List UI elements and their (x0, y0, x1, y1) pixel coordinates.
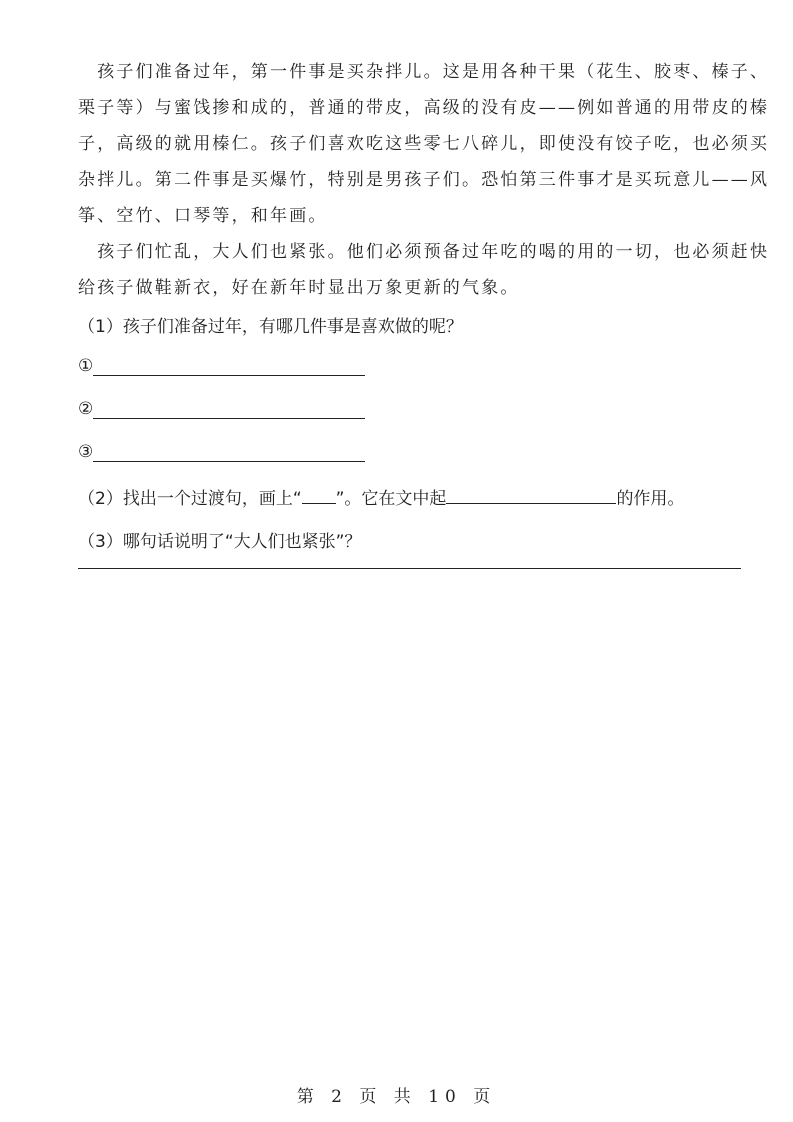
circled-number-1: ① (78, 356, 93, 376)
circled-number-3: ③ (78, 442, 93, 462)
passage-line: 子，高级的就用榛仁。孩子们喜欢吃这些零七八碎儿，即使没有饺子吃，也必须买 (78, 126, 746, 162)
transition-sentence-mark-blank[interactable] (302, 489, 336, 504)
question-2-middle: ”。它在文中起 (336, 489, 447, 509)
question-2-prefix: （2）找出一个过渡句，画上“ (78, 489, 302, 509)
reading-passage: 孩子们准备过年，第一件事是买杂拌儿。这是用各种干果（花生、胶枣、榛子、 栗子等）… (78, 54, 746, 306)
passage-paragraph-2: 孩子们忙乱，大人们也紧张。他们必须预备过年吃的喝的用的一切，也必须赶快 给孩子做… (78, 234, 746, 306)
document-page: 孩子们准备过年，第一件事是买杂拌儿。这是用各种干果（花生、胶枣、榛子、 栗子等）… (0, 0, 793, 1122)
passage-paragraph-1: 孩子们准备过年，第一件事是买杂拌儿。这是用各种干果（花生、胶枣、榛子、 栗子等）… (78, 54, 746, 234)
answer-blank-2[interactable] (93, 402, 365, 419)
passage-line: 筝、空竹、口琴等，和年画。 (78, 198, 746, 234)
answer-row-2: ② (78, 399, 365, 419)
question-2-suffix: 的作用。 (616, 489, 684, 509)
answer-blank-question-3[interactable] (78, 568, 741, 569)
passage-line: 孩子们准备过年，第一件事是买杂拌儿。这是用各种干果（花生、胶枣、榛子、 (78, 54, 746, 90)
passage-line: 孩子们忙乱，大人们也紧张。他们必须预备过年吃的喝的用的一切，也必须赶快 (78, 234, 746, 270)
passage-line: 栗子等）与蜜饯掺和成的，普通的带皮，高级的没有皮——例如普通的用带皮的榛 (78, 90, 746, 126)
question-2: （2）找出一个过渡句，画上“”。它在文中起的作用。 (78, 484, 684, 509)
answer-row-3: ③ (78, 442, 365, 462)
page-footer: 第 2 页 共 10 页 (0, 1082, 793, 1107)
passage-line: 杂拌儿。第二件事是买爆竹，特别是男孩子们。恐怕第三件事才是买玩意儿——风 (78, 162, 746, 198)
function-answer-blank[interactable] (446, 489, 616, 504)
answer-blank-3[interactable] (93, 445, 365, 462)
answer-blank-1[interactable] (93, 359, 365, 376)
question-1: （1）孩子们准备过年，有哪几件事是喜欢做的呢？ (78, 312, 463, 337)
answer-row-1: ① (78, 356, 365, 376)
circled-number-2: ② (78, 399, 93, 419)
question-3: （3）哪句话说明了“大人们也紧张”？ (78, 527, 361, 552)
passage-line: 给孩子做鞋新衣，好在新年时显出万象更新的气象。 (78, 270, 746, 306)
